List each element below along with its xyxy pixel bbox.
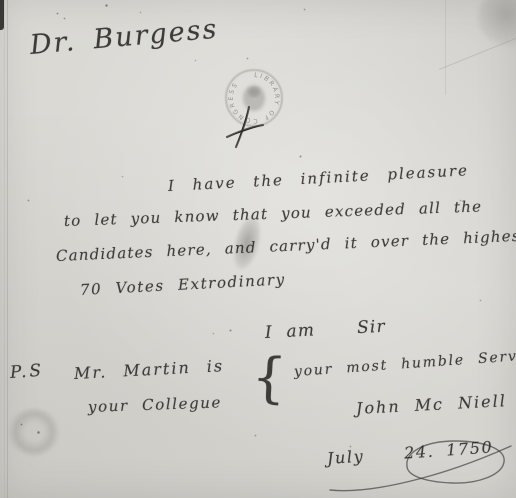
ps-brace: { — [250, 345, 288, 410]
svg-text:LIBRARY OF CONGRESS: LIBRARY OF CONGRESS — [228, 72, 280, 124]
body-line: Candidates here, and carry'd it over the… — [56, 226, 516, 265]
date-line: July 24. 1750 — [326, 437, 494, 468]
stamp-outer-ring — [226, 70, 282, 126]
body-line: 70 Votes Extrodinary — [80, 270, 287, 299]
ps-label: P.S — [9, 361, 44, 383]
date-day: 24. — [403, 442, 435, 463]
scan-edge-mark — [0, 0, 4, 30]
scanned-letter: Dr. Burgess LIBRARY OF CONGRESS I hav — [0, 0, 516, 498]
closing-humble-line: your most humble Servt — [293, 348, 516, 380]
closing-line: I am Sir — [264, 317, 386, 343]
stamp-text: LIBRARY OF CONGRESS — [228, 72, 280, 124]
left-fold-line-2 — [4, 0, 5, 498]
ps-line-1: Mr. Martin is — [74, 356, 225, 383]
ps-line-2: your Collegue — [88, 393, 223, 416]
left-fold-line — [7, 0, 8, 498]
date-year: 1750 — [446, 437, 494, 459]
paper-speckles — [0, 0, 1, 1]
body-line: I have the infinite pleasure — [168, 161, 470, 195]
closing-i-am: I am — [264, 320, 315, 343]
library-stamp: LIBRARY OF CONGRESS — [226, 70, 282, 126]
date-month: July — [326, 446, 365, 468]
top-right-stain — [478, 0, 516, 46]
right-fold-line — [445, 0, 446, 95]
body-line: to let you know that you exceeded all th… — [64, 197, 483, 230]
x-pen-stroke — [227, 107, 263, 147]
bottom-left-stain — [8, 408, 60, 456]
closing-sir: Sir — [357, 317, 387, 338]
eagle-icon — [243, 85, 265, 111]
signature: John Mc Niell — [356, 391, 508, 418]
addressee-line: Dr. Burgess — [29, 14, 220, 61]
